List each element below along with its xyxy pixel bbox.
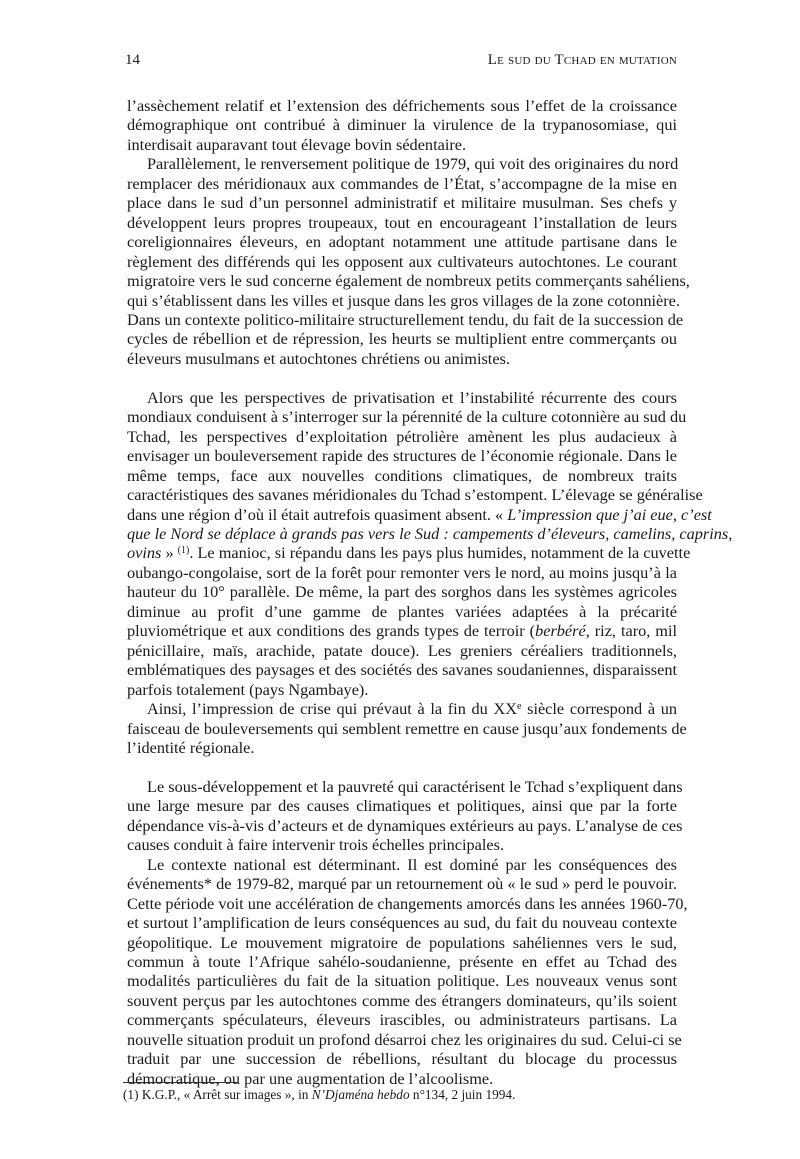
text-run: Ainsi, l’impression de crise qui prévaut… bbox=[147, 699, 517, 718]
text-line: modalités particulières du fait de la si… bbox=[127, 971, 677, 990]
footnote-text: K.G.P., « Arrêt sur images », in bbox=[139, 1087, 312, 1102]
term-italic: berbéré bbox=[535, 621, 586, 640]
text-line: que le Nord se déplace à grands pas vers… bbox=[127, 524, 677, 543]
text-run: dans une région d’où il était autrefois … bbox=[127, 505, 507, 524]
text-line: faisceau de bouleversements qui semblent… bbox=[127, 719, 677, 738]
paragraph-gap bbox=[127, 757, 677, 777]
text-line: place dans le sud d’un personnel adminis… bbox=[127, 193, 677, 212]
page-number: 14 bbox=[125, 52, 140, 69]
footnote-text: n°134, 2 juin 1994. bbox=[410, 1087, 516, 1102]
footnote-source-title: N’Djaména hebdo bbox=[312, 1087, 410, 1102]
text-line: commun à toute l’Afrique sahélo-soudanie… bbox=[127, 952, 677, 971]
text-line: hauteur du 10° parallèle. De même, la pa… bbox=[127, 582, 677, 601]
text-line: parfois totalement (pays Ngambaye). bbox=[127, 680, 677, 699]
text-line: même temps, face aux nouvelles condition… bbox=[127, 466, 677, 485]
text-line: une large mesure par des causes climatiq… bbox=[127, 796, 677, 815]
text-line: causes conduit à faire intervenir trois … bbox=[127, 835, 677, 854]
text-line: diminue au profit d’une gamme de plantes… bbox=[127, 602, 677, 621]
text-line: Alors que les perspectives de privatisat… bbox=[127, 388, 677, 407]
text-line: interdisait auparavant tout élevage bovi… bbox=[127, 135, 677, 154]
footnote-divider bbox=[123, 1082, 238, 1083]
text-line: géopolitique. Le mouvement migratoire de… bbox=[127, 933, 677, 952]
paragraph-5: Le sous-développement et la pauvreté qui… bbox=[127, 777, 677, 855]
text-line: démocratique, ou par une augmentation de… bbox=[127, 1069, 677, 1088]
text-line: oubango-congolaise, sort de la forêt pou… bbox=[127, 563, 677, 582]
text-line: ovins » (1). Le manioc, si répandu dans … bbox=[127, 543, 677, 562]
text-run: pluviométrique et aux conditions des gra… bbox=[127, 621, 535, 640]
text-line: dépendance vis-à-vis d’acteurs et de dyn… bbox=[127, 816, 677, 835]
paragraph-1: l’assèchement relatif et l’extension des… bbox=[127, 96, 677, 154]
text-line: dans une région d’où il était autrefois … bbox=[127, 505, 677, 524]
paragraph-gap bbox=[127, 368, 677, 388]
footnote: (1) K.G.P., « Arrêt sur images », in N’D… bbox=[123, 1087, 515, 1103]
text-line: Ainsi, l’impression de crise qui prévaut… bbox=[127, 699, 677, 718]
footnote-reference[interactable]: (1) bbox=[178, 545, 190, 556]
text-line: Cette période voit une accélération de c… bbox=[127, 894, 677, 913]
text-line: Tchad, les perspectives d’exploitation p… bbox=[127, 427, 677, 446]
paragraph-4: Ainsi, l’impression de crise qui prévaut… bbox=[127, 699, 677, 757]
text-line: pénicillaire, maïs, arachide, patate dou… bbox=[127, 641, 677, 660]
text-line: nouvelle situation produit un profond dé… bbox=[127, 1030, 677, 1049]
text-line: cycles de rébellion et de répression, le… bbox=[127, 329, 677, 348]
text-line: événements* de 1979-82, marqué par un re… bbox=[127, 874, 677, 893]
text-run: . Le manioc, si répandu dans les pays pl… bbox=[189, 543, 690, 562]
paragraph-6: Le contexte national est déterminant. Il… bbox=[127, 855, 677, 1088]
text-line: démographique ont contribué à diminuer l… bbox=[127, 115, 677, 134]
quote-italic: que le Nord se déplace à grands pas vers… bbox=[127, 524, 732, 543]
text-line: commerçants spéculateurs, éleveurs irasc… bbox=[127, 1010, 677, 1029]
text-line: développent leurs propres troupeaux, tou… bbox=[127, 213, 677, 232]
text-line: traduit par une succession de rébellions… bbox=[127, 1049, 677, 1068]
paragraph-3: Alors que les perspectives de privatisat… bbox=[127, 388, 677, 699]
paragraph-2: Parallèlement, le renversement politique… bbox=[127, 154, 677, 368]
text-run: , riz, taro, mil bbox=[586, 621, 677, 640]
text-line: l’assèchement relatif et l’extension des… bbox=[127, 96, 677, 115]
text-run: » bbox=[161, 543, 177, 562]
body-text: l’assèchement relatif et l’extension des… bbox=[127, 96, 677, 1088]
text-line: migratoire vers le sud concerne égalemen… bbox=[127, 271, 677, 290]
text-line: et surtout l’amplification de leurs cons… bbox=[127, 913, 677, 932]
text-line: caractéristiques des savanes méridionale… bbox=[127, 485, 677, 504]
text-line: Parallèlement, le renversement politique… bbox=[127, 154, 677, 173]
text-line: envisager un bouleversement rapide des s… bbox=[127, 446, 677, 465]
running-title: Le sud du Tchad en mutation bbox=[488, 52, 677, 69]
text-line: mondiaux conduisent à s’interroger sur l… bbox=[127, 407, 677, 426]
quote-italic: L’impression que j’ai eue, c’est bbox=[507, 505, 712, 524]
text-line: l’identité régionale. bbox=[127, 738, 677, 757]
text-line: qui s’établissent dans les villes et jus… bbox=[127, 291, 677, 310]
quote-italic: ovins bbox=[127, 543, 161, 562]
text-line: remplacer des méridionaux aux commandes … bbox=[127, 174, 677, 193]
footnote-marker: (1) bbox=[123, 1087, 139, 1102]
document-page: 14 Le sud du Tchad en mutation l’assèche… bbox=[0, 0, 800, 1159]
text-run: siècle correspond à un bbox=[521, 699, 677, 718]
text-line: éleveurs musulmans et autochtones chréti… bbox=[127, 349, 677, 368]
text-line: Le contexte national est déterminant. Il… bbox=[127, 855, 677, 874]
text-line: pluviométrique et aux conditions des gra… bbox=[127, 621, 677, 640]
text-line: règlement des différends qui les opposen… bbox=[127, 252, 677, 271]
text-line: coreligionnaires éleveurs, en adoptant n… bbox=[127, 232, 677, 251]
text-line: Le sous-développement et la pauvreté qui… bbox=[127, 777, 677, 796]
running-head: 14 Le sud du Tchad en mutation bbox=[127, 52, 677, 72]
text-line: Dans un contexte politico-militaire stru… bbox=[127, 310, 677, 329]
text-line: souvent perçus par les autochtones comme… bbox=[127, 991, 677, 1010]
text-line: emblématiques des paysages et des sociét… bbox=[127, 660, 677, 679]
